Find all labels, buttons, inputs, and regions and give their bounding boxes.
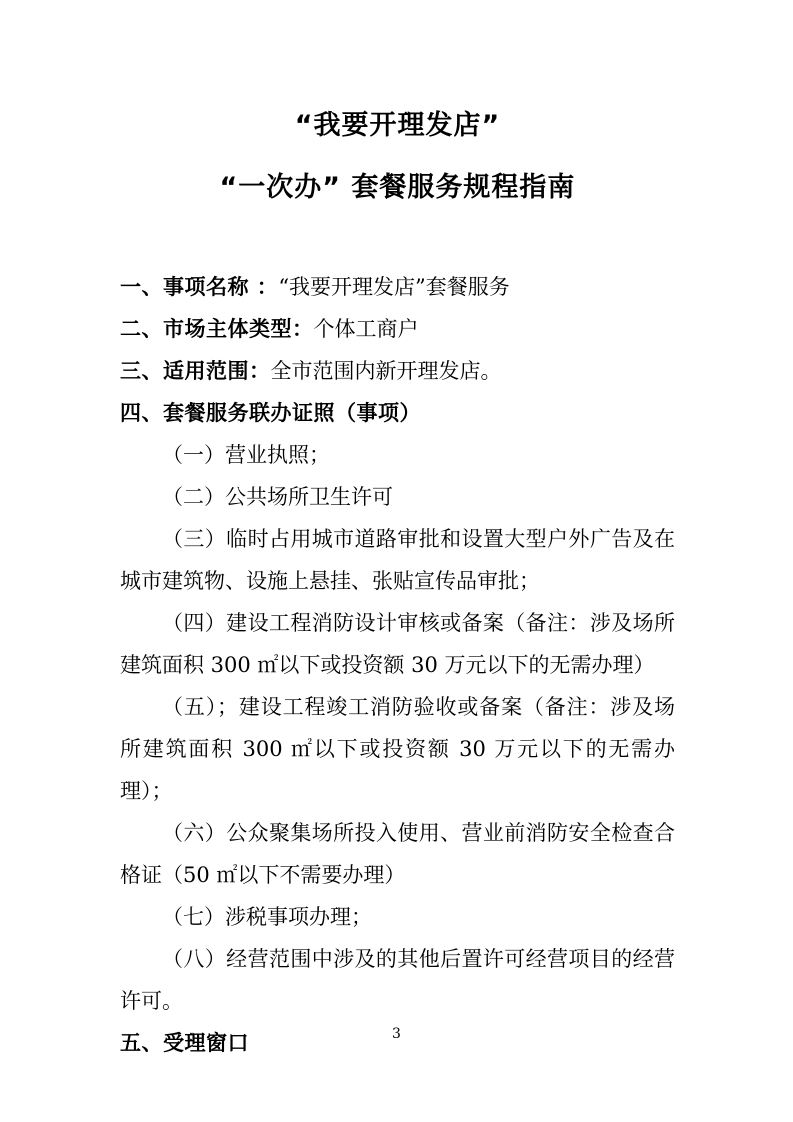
section-label: 二、市场主体类型：: [120, 317, 314, 341]
page-number: 3: [0, 1026, 793, 1042]
document-page: “我要开理发店” “一次办” 套餐服务规程指南 一、事项名称 ：“我要开理发店”…: [0, 0, 793, 1122]
list-item-6: （六）公众聚集场所投入使用、营业前消防安全检查合格证（50 ㎡以下不需要办理）: [120, 812, 675, 896]
section-value: “我要开理发店”套餐服务: [278, 275, 509, 299]
section-label: 三、适用范围：: [120, 359, 271, 383]
document-body: 一、事项名称 ：“我要开理发店”套餐服务 二、市场主体类型：个体工商户 三、适用…: [120, 266, 675, 1064]
section-label: 四、套餐服务联办证照（事项）: [120, 401, 421, 425]
section-heading-scope: 三、适用范围：全市范围内新开理发店。: [120, 350, 675, 392]
section-heading-licenses: 四、套餐服务联办证照（事项）: [120, 392, 675, 434]
section-value: 全市范围内新开理发店。: [271, 359, 502, 383]
list-item-8: （八）经营范围中涉及的其他后置许可经营项目的经营许可。: [120, 938, 675, 1022]
document-title-line2: “一次办” 套餐服务规程指南: [120, 172, 675, 204]
section-label: 一、事项名称 ：: [120, 275, 278, 299]
section-heading-item-name: 一、事项名称 ：“我要开理发店”套餐服务: [120, 266, 675, 308]
list-item-5: （五）；建设工程竣工消防验收或备案（备注：涉及场所建筑面积 300 ㎡以下或投资…: [120, 686, 675, 812]
section-value: 个体工商户: [314, 317, 419, 341]
document-content: “我要开理发店” “一次办” 套餐服务规程指南 一、事项名称 ：“我要开理发店”…: [0, 110, 793, 1064]
list-item-2: （二）公共场所卫生许可: [120, 476, 675, 518]
section-heading-entity-type: 二、市场主体类型：个体工商户: [120, 308, 675, 350]
list-item-7: （七）涉税事项办理；: [120, 896, 675, 938]
document-title-line1: “我要开理发店”: [120, 110, 675, 142]
list-item-1: （一）营业执照；: [120, 434, 675, 476]
list-item-4: （四）建设工程消防设计审核或备案（备注：涉及场所建筑面积 300 ㎡以下或投资额…: [120, 602, 675, 686]
list-item-3: （三）临时占用城市道路审批和设置大型户外广告及在城市建筑物、设施上悬挂、张贴宣传…: [120, 518, 675, 602]
